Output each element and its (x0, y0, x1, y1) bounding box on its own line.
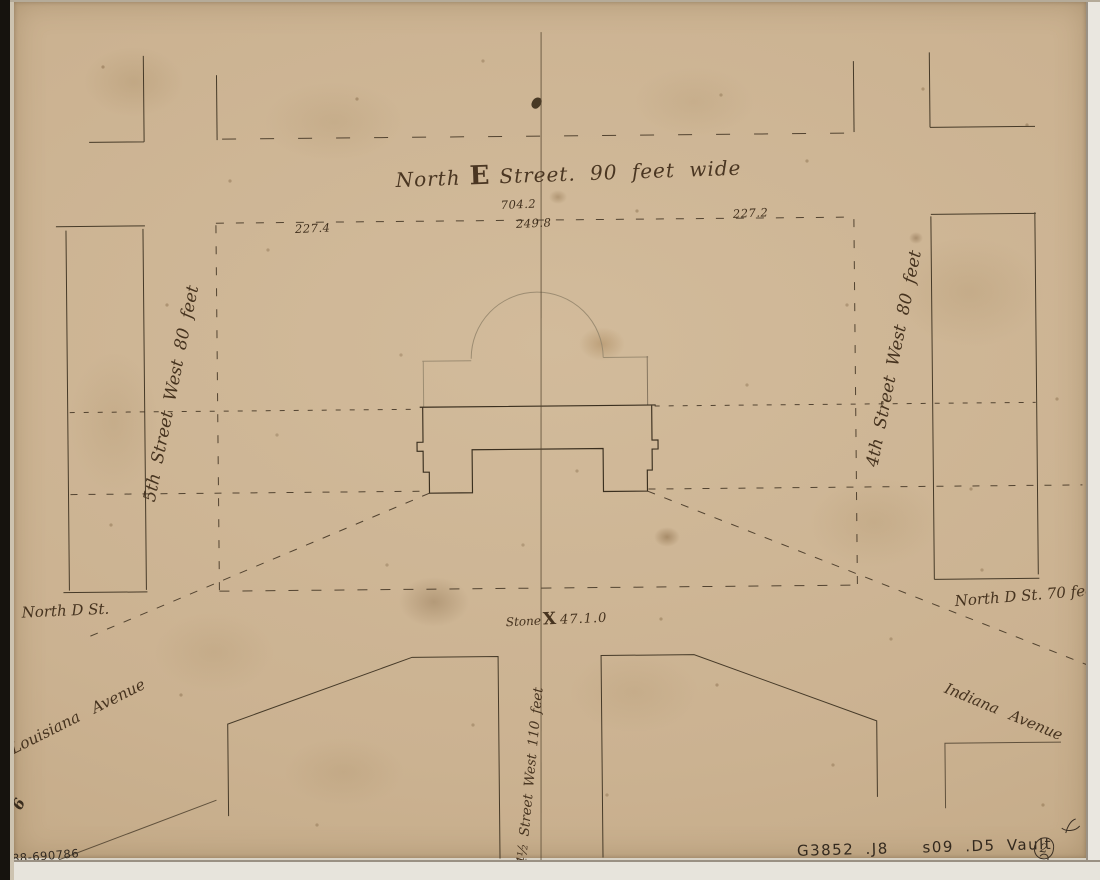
wing-line-east (648, 485, 1082, 489)
east-blocks-edges (931, 212, 1040, 579)
square-east-boundary (854, 219, 858, 585)
avenue-sightline-southeast (647, 487, 1087, 669)
block-corner-northeast-a (853, 61, 854, 132)
scan-backing-bottom (10, 860, 1100, 880)
scan-edge-top (10, 0, 1100, 2)
south-east-block (601, 653, 878, 858)
building-apse-arc (471, 292, 604, 359)
paper-freckles (14, 2, 16, 4)
square-north-boundary (216, 217, 853, 223)
block-lines (51, 27, 1062, 865)
wing-line-west (71, 491, 429, 494)
plat-linework (0, 0, 1100, 880)
square-south-boundary (219, 585, 856, 591)
block-corner-northwest-a (88, 56, 144, 143)
scan-edge-left-bar (0, 0, 10, 880)
building-plan-outline (417, 405, 659, 493)
building-pencil-lines (422, 291, 649, 407)
center-meridian-line (533, 32, 549, 860)
drawing-layer: North E Street. 90 feet wide 704.2 249.8… (0, 0, 1100, 880)
building-upper-block (422, 357, 648, 407)
far-southwest-block-edge (58, 800, 217, 860)
corner-check-mark (1062, 819, 1080, 833)
scanned-plat-map: North E Street. 90 feet wide 704.2 249.8… (0, 0, 1100, 880)
block-corner-northeast-b (929, 51, 1035, 127)
building-ink-outline (417, 405, 659, 493)
avenue-sightline-southwest (84, 493, 431, 638)
square-west-boundary (216, 225, 220, 591)
block-corner-northwest-b (216, 75, 217, 140)
paper-edge-highlight (10, 0, 14, 880)
center-axis-west (70, 409, 420, 412)
far-southeast-block-corner (945, 742, 1062, 808)
dashed-survey-lines (67, 131, 1087, 675)
e-street-north-line (222, 133, 852, 139)
west-blocks-edges (56, 226, 149, 593)
center-axis-east (655, 402, 1036, 406)
scan-backing-right (1086, 0, 1100, 860)
south-west-block (227, 657, 500, 862)
